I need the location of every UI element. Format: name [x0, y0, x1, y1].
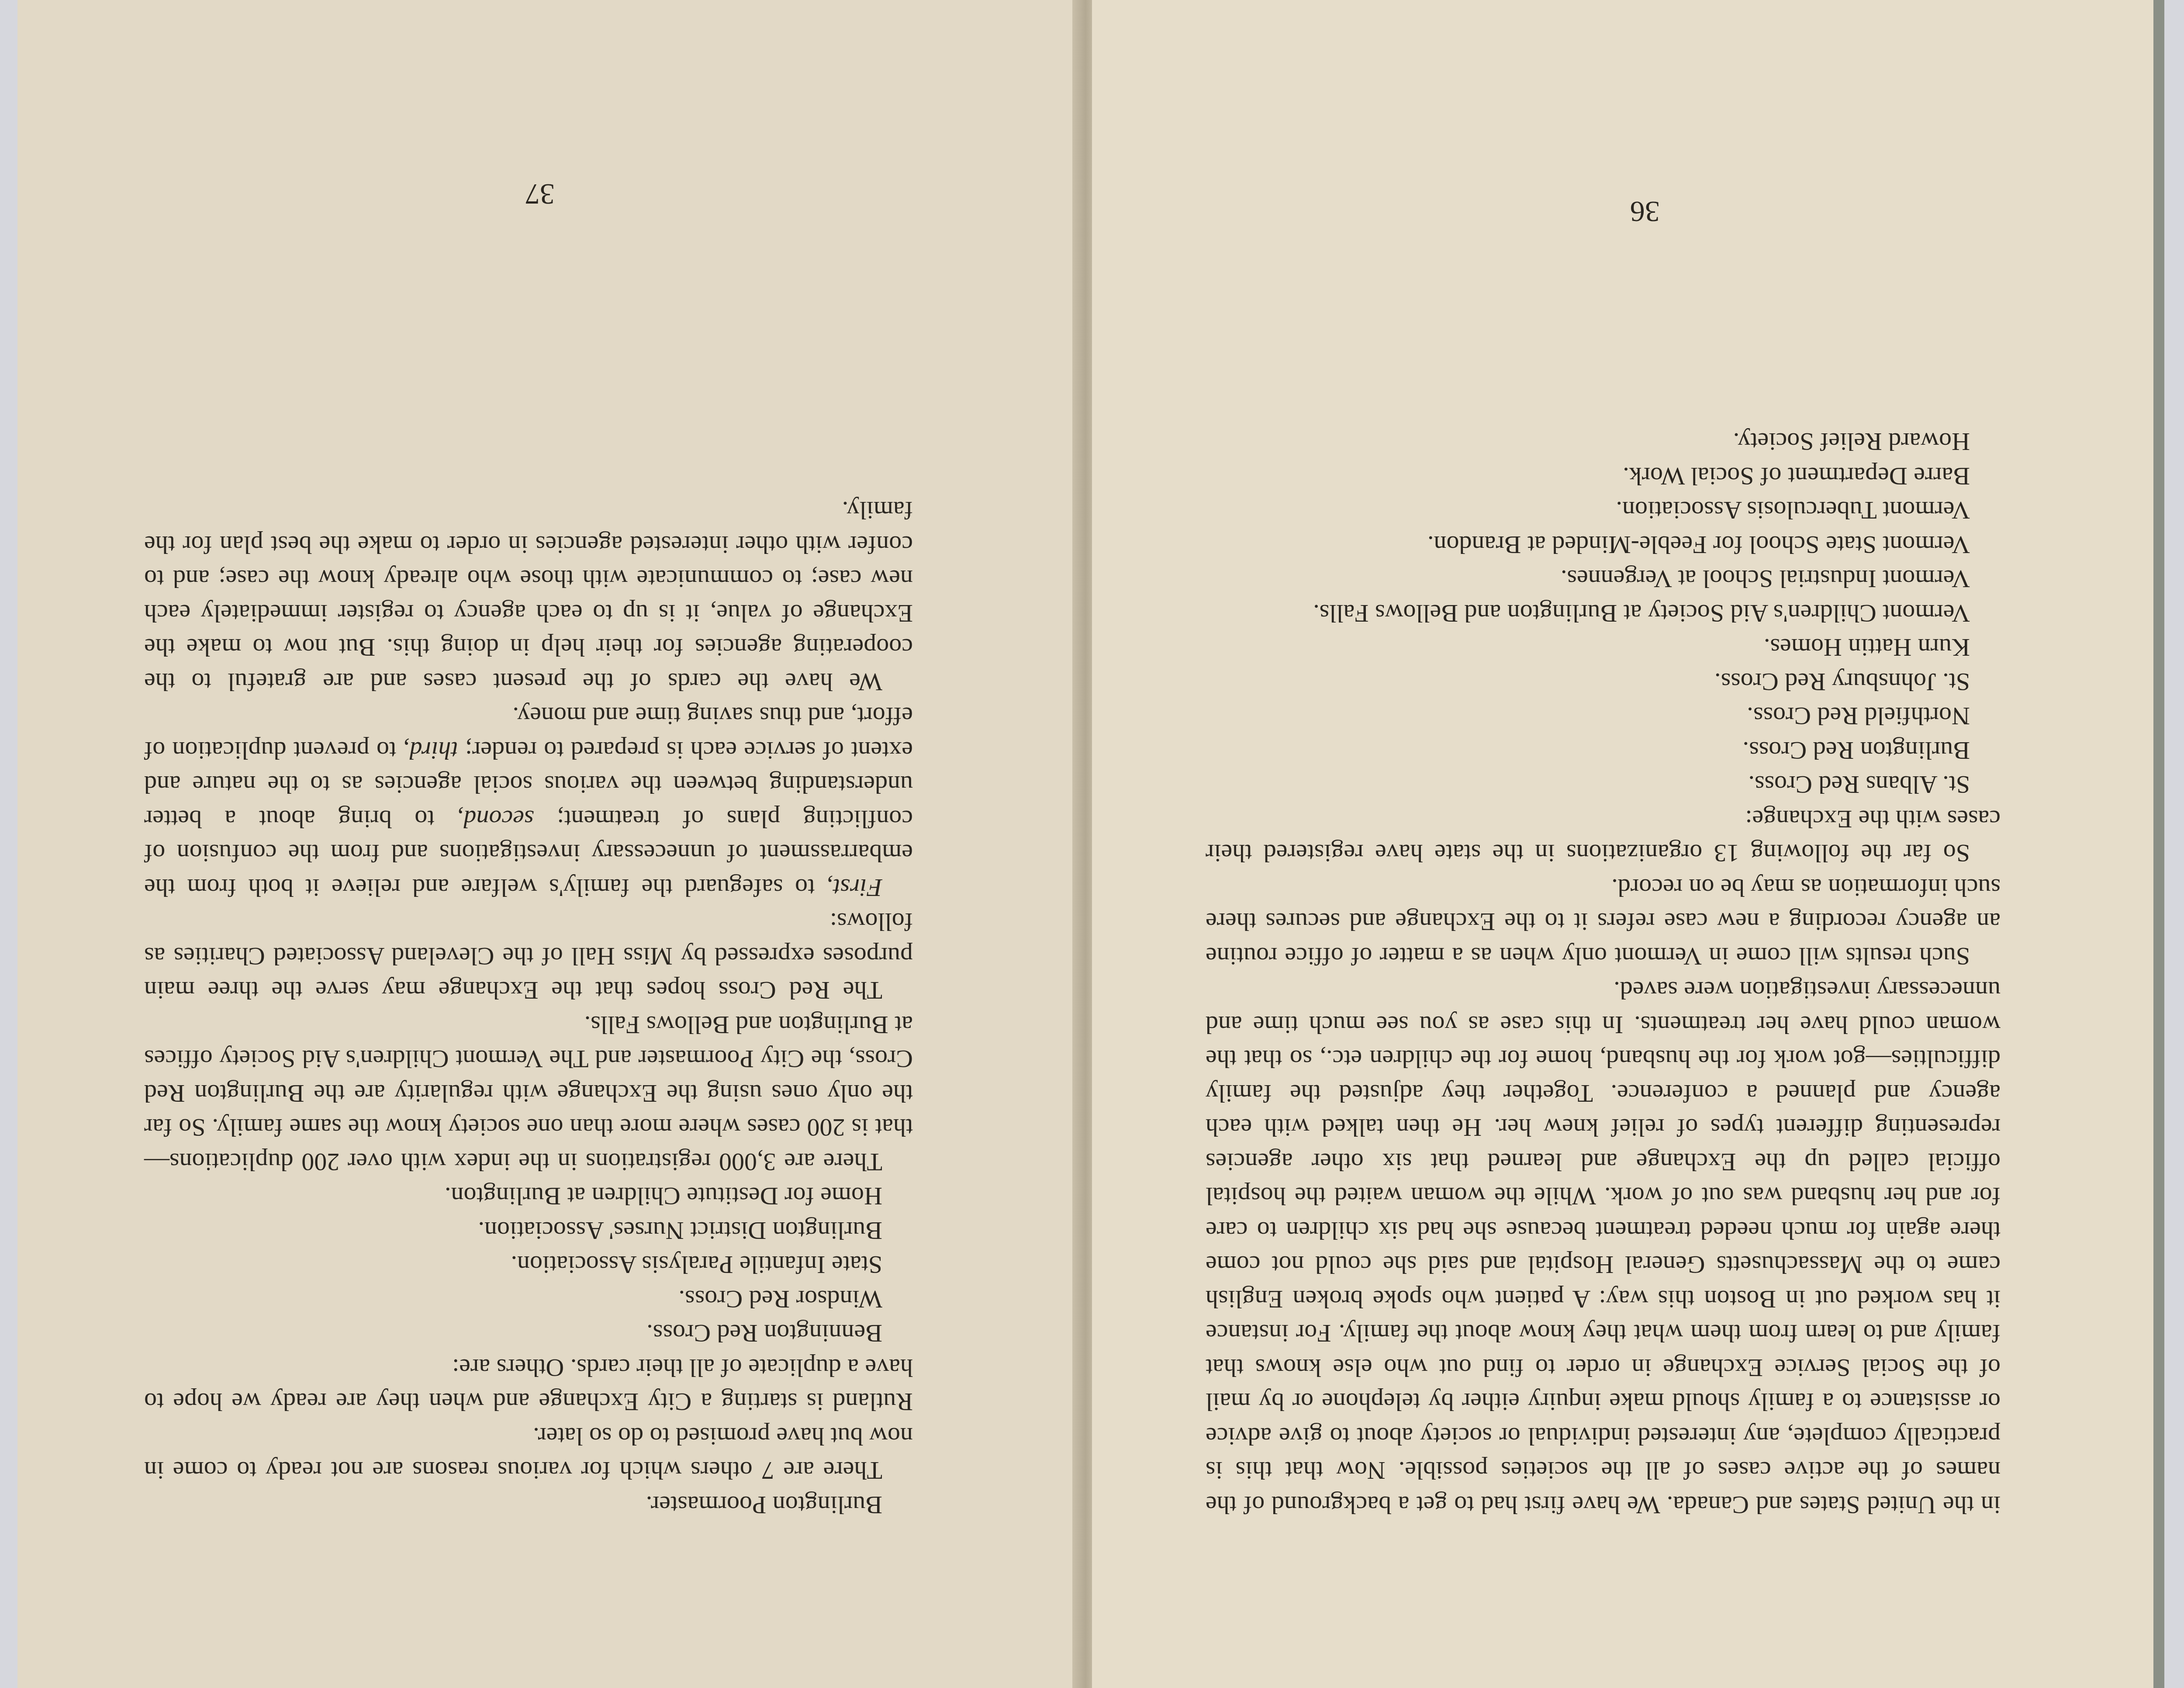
emphasis-second: second,: [457, 805, 534, 834]
list-item: Burlington Red Cross.: [1206, 733, 2001, 768]
list-item: Vermont Children's Aid Society at Burlin…: [1206, 596, 2001, 631]
right-page-rotated: in the United States and Canada. We have…: [1092, 0, 2162, 1688]
emphasis-first: First,: [827, 874, 882, 902]
list-item: St. Albans Red Cross.: [1206, 768, 2001, 802]
list-item: Howard Relief Society.: [1206, 425, 2001, 459]
list-item: Vermont State School for Feeble-Minded a…: [1206, 528, 2001, 562]
page-number: 36: [1630, 194, 1660, 229]
paragraph: Rutland is starting a City Exchange and …: [144, 1351, 913, 1419]
paragraph: Such results will come in Vermont only w…: [1206, 871, 2001, 974]
list-item: Home for Destitute Children at Burlingto…: [144, 1179, 913, 1214]
book-cover-edge: [2153, 0, 2164, 1688]
paragraph: We have the cards of the present cases a…: [144, 493, 913, 699]
list-item: Vermont Tuberculosis Association.: [1206, 493, 2001, 528]
list-item: Vermont Industrial School at Vergennes.: [1206, 562, 2001, 596]
paragraph: in the United States and Canada. We have…: [1206, 973, 2001, 1522]
list-item: Kurn Hattin Homes.: [1206, 630, 2001, 665]
page-number: 37: [525, 177, 555, 211]
list-item: State Infantile Paralysis Association.: [144, 1248, 913, 1282]
paragraph: So far the following 13 organizations in…: [1206, 802, 2001, 871]
emphasis-third: third,: [403, 737, 458, 765]
paragraph: There are 7 others which for various rea…: [144, 1419, 913, 1488]
paragraph: There are 3,000 registrations in the ind…: [144, 1008, 913, 1180]
list-item: Burlington District Nurses' Association.: [144, 1214, 913, 1248]
list-item: Barre Department of Social Work.: [1206, 459, 2001, 494]
list-item: Burlington Poormaster.: [144, 1488, 913, 1522]
left-page: Burlington Poormaster. There are 7 other…: [17, 0, 1079, 1688]
left-page-rotated: Burlington Poormaster. There are 7 other…: [17, 0, 1079, 1688]
list-item: St. Johnsbury Red Cross.: [1206, 665, 2001, 699]
paragraph: The Red Cross hopes that the Exchange ma…: [144, 905, 913, 1008]
paragraph-purposes: First, to safeguard the family's welfare…: [144, 699, 913, 905]
list-item: Windsor Red Cross.: [144, 1282, 913, 1317]
left-page-text: Burlington Poormaster. There are 7 other…: [144, 493, 913, 1522]
list-item: Northfield Red Cross.: [1206, 699, 2001, 733]
list-item: Bennington Red Cross.: [144, 1316, 913, 1351]
right-page-text: in the United States and Canada. We have…: [1206, 425, 2001, 1522]
right-page: in the United States and Canada. We have…: [1092, 0, 2162, 1688]
